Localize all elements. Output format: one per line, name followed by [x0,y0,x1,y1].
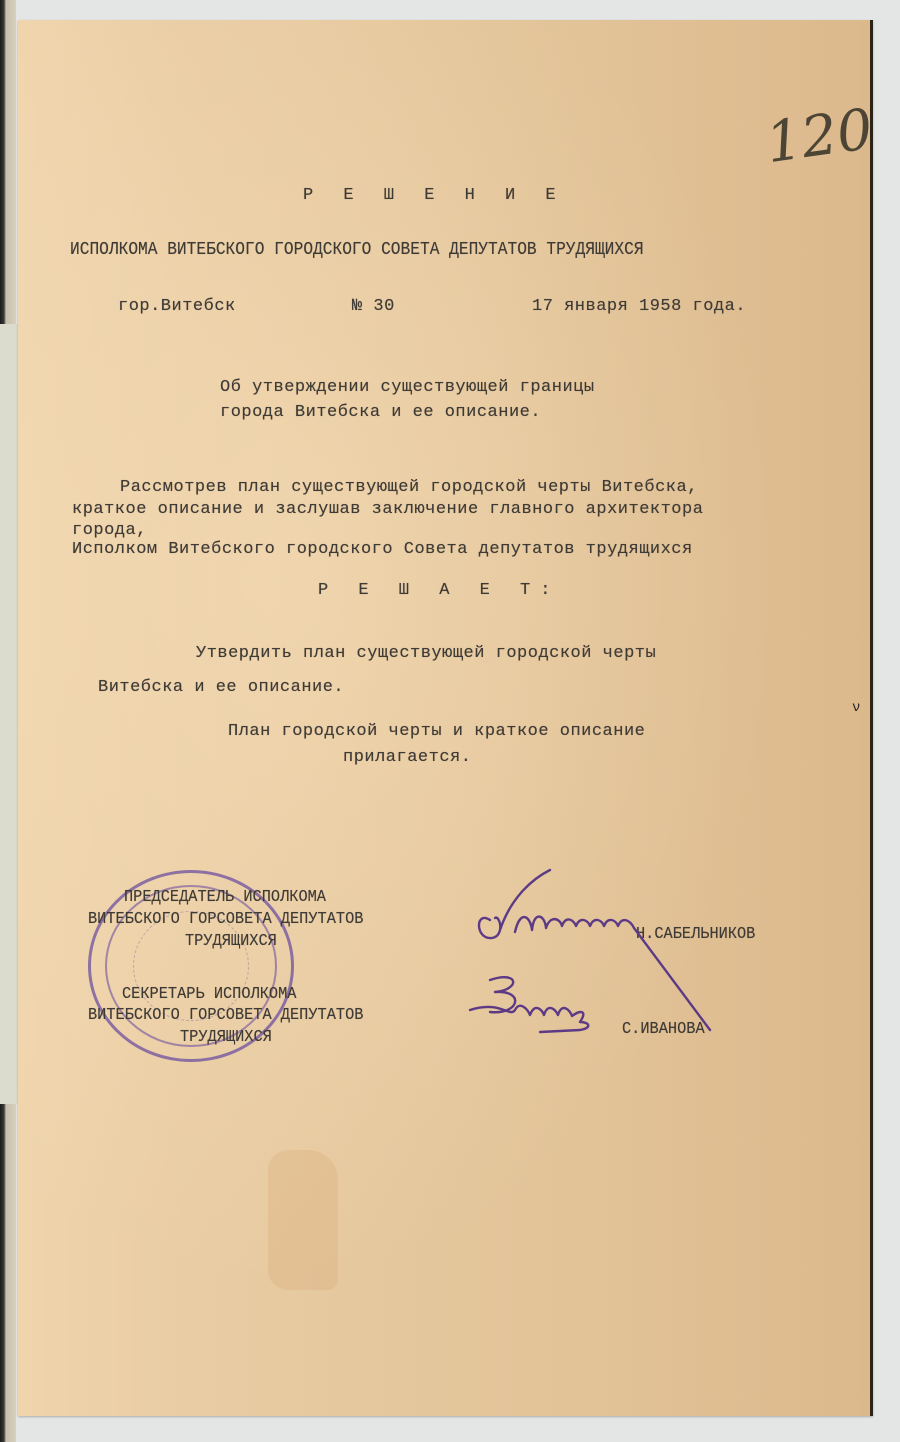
document-page [18,20,873,1416]
subject-line-1: Об утверждении существующей границы [220,378,595,397]
preamble-line-1: Рассмотрев план существующей городской ч… [120,478,698,497]
chairman-title-1: ПРЕДСЕДАТЕЛЬ ИСПОЛКОМА [124,888,326,907]
attachment-line-1: План городской черты и краткое описание [228,722,645,741]
secretary-title-1: СЕКРЕТАРЬ ИСПОЛКОМА [122,985,296,1004]
water-stain [268,1150,338,1290]
secretary-title-3: ТРУДЯЩИХСЯ [180,1028,272,1047]
chairman-title-3: ТРУДЯЩИХСЯ [185,932,277,951]
attachment-line-2: прилагается. [343,748,471,767]
preamble-line-4: Исполком Витебского городского Совета де… [72,540,693,559]
decision-date: 17 января 1958 года. [532,297,746,316]
chairman-title-2: ВИТЕБСКОГО ГОРСОВЕТА ДЕПУТАТОВ [88,910,363,929]
resolution-line-1: Утвердить план существующей городской че… [196,644,656,663]
document-title: Р Е Ш Е Н И Е [303,186,566,205]
margin-check-mark: ν [852,700,860,716]
issuer-line: ИСПОЛКОМА ВИТЕБСКОГО ГОРОДСКОГО СОВЕТА Д… [70,240,644,260]
resolution-line-2: Витебска и ее описание. [98,678,344,697]
secretary-signature [440,960,620,1050]
preamble-line-2: краткое описание и заслушав заключение г… [72,500,703,519]
decides-heading: Р Е Ш А Е Т: [318,581,560,600]
decision-number: № 30 [352,297,395,316]
place: гор.Витебск [118,297,236,316]
preamble-line-3: города, [72,521,147,540]
subject-line-2: города Витебска и ее описание. [220,403,541,422]
secretary-title-2: ВИТЕБСКОГО ГОРСОВЕТА ДЕПУТАТОВ [88,1006,363,1025]
